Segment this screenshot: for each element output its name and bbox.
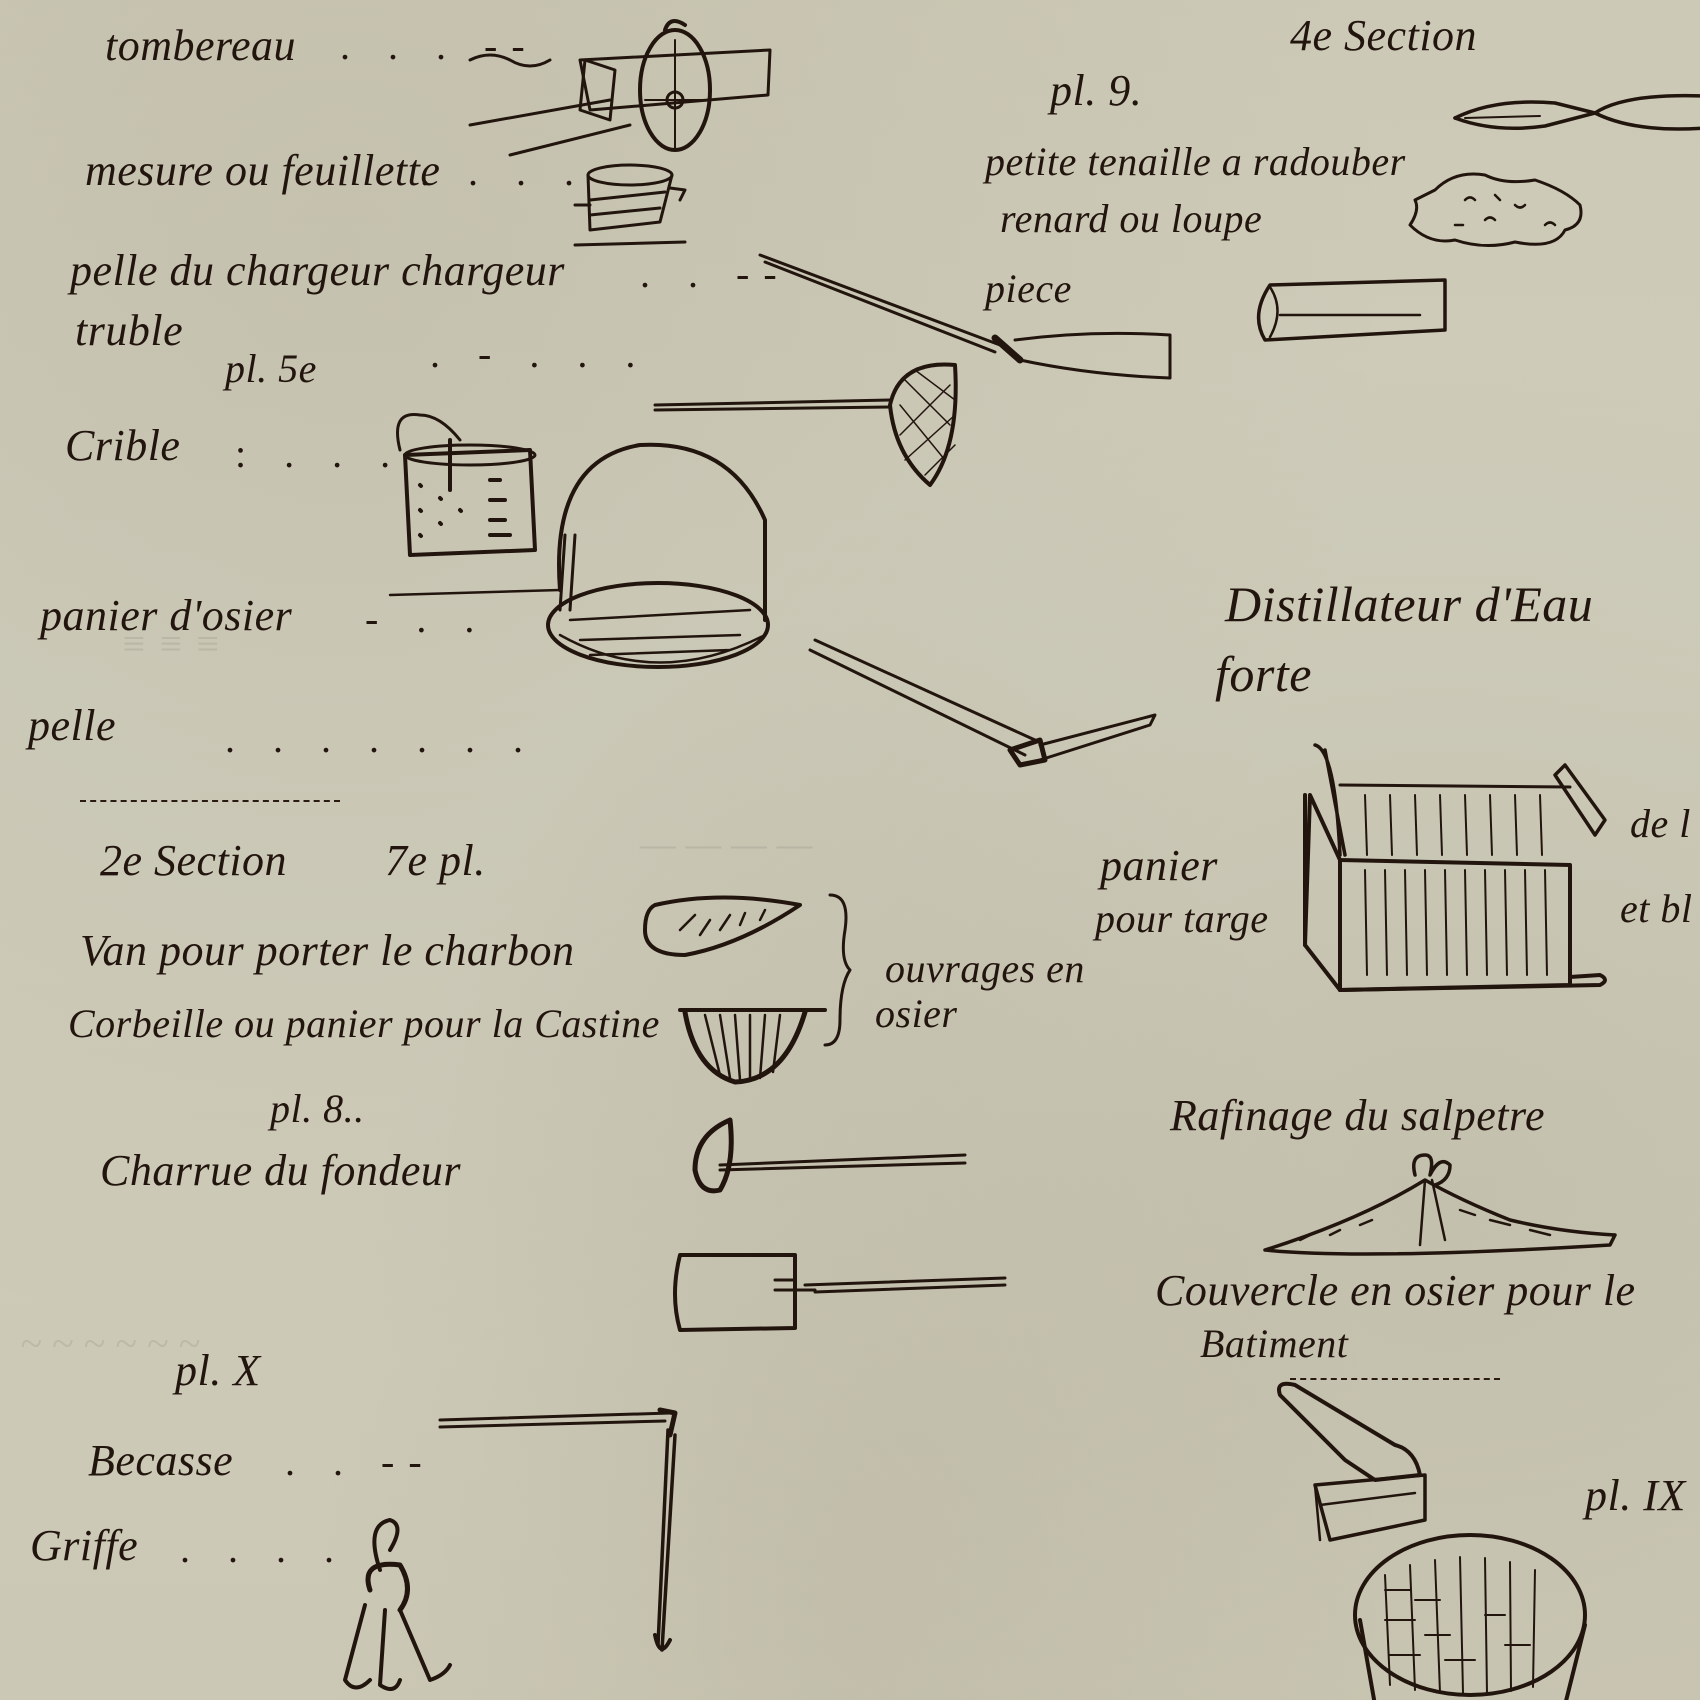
distillateur-heading-2: forte	[1215, 645, 1312, 703]
label-griffe: Griffe	[30, 1520, 138, 1571]
wicker-chest-sketch	[1295, 745, 1625, 1010]
tenaille-pincers-sketch	[1455, 88, 1700, 148]
manuscript-page: ≡ ≡ ≡ — — — — ~ ~ ~ ~ ~ ~ tombereau . . …	[0, 0, 1700, 1700]
pelle-shovel-sketch	[810, 640, 1170, 770]
section-2-heading: 2e Section	[100, 835, 287, 886]
brace-symbol	[820, 890, 860, 1050]
bleed-through-text: ~ ~ ~ ~ ~ ~	[20, 1320, 200, 1367]
label-pelle-du-chargeur: pelle du chargeur chargeur	[70, 245, 565, 296]
handled-basket-sketch	[540, 440, 780, 690]
label-pour-targe: pour targe	[1095, 895, 1269, 942]
section-4-heading: 4e Section	[1290, 10, 1477, 61]
becasse-crane-sketch	[430, 1405, 690, 1655]
leader-dots: . . . .	[420, 148, 588, 195]
tombereau-cart-sketch	[470, 15, 770, 145]
label-panier: panier	[1100, 840, 1218, 891]
section-divider	[80, 800, 340, 802]
label-panier-osier: panier d'osier	[40, 590, 292, 641]
conical-cover-sketch	[1260, 1150, 1620, 1260]
bowl-basket-sketch	[675, 1000, 825, 1090]
label-corbeille: Corbeille ou panier pour la Castine	[68, 1000, 660, 1047]
label-pelle: pelle	[28, 700, 116, 751]
loupe-mass-sketch	[1405, 170, 1590, 255]
leader-dots: - . .	[365, 595, 488, 642]
leader-dots: . . --	[285, 1438, 436, 1485]
label-couvercle: Couvercle en osier pour le	[1155, 1265, 1636, 1316]
plate-7: 7e pl.	[385, 835, 486, 886]
sieve-pot-sketch	[390, 410, 550, 570]
label-becasse: Becasse	[88, 1435, 233, 1486]
griffe-tongs-sketch	[330, 1520, 460, 1700]
right-edge-text: de l	[1630, 800, 1691, 847]
label-rafinage: Rafinage du salpetre	[1170, 1090, 1545, 1141]
leader-dots: : . . .	[235, 430, 404, 477]
label-crible: Crible	[65, 420, 180, 471]
brace-note: ouvrages en	[885, 945, 1085, 992]
label-van: Van pour porter le charbon	[80, 925, 575, 976]
leader-dots: . - . . .	[430, 330, 649, 377]
piece-bar-sketch	[1250, 275, 1455, 350]
label-truble: truble	[75, 305, 183, 356]
plate-9: pl. 9.	[1050, 65, 1142, 116]
label-renard: renard ou loupe	[1000, 195, 1262, 242]
ladle-sketch	[690, 1115, 970, 1205]
plate-5: pl. 5e	[225, 345, 317, 392]
leader-dots: . . . .	[180, 1525, 348, 1572]
plate-8: pl. 8..	[270, 1085, 365, 1132]
dumping-basket-sketch	[1275, 1375, 1605, 1700]
label-tombereau: tombereau	[105, 20, 296, 71]
measure-tub-sketch	[575, 160, 685, 250]
square-shovel-sketch	[665, 1250, 1015, 1335]
bleed-through-text: — — — —	[640, 820, 812, 867]
distillateur-heading: Distillateur d'Eau	[1225, 575, 1593, 633]
label-tenaille: petite tenaille a radouber	[985, 138, 1406, 185]
plate-10: pl. X	[175, 1345, 261, 1396]
fan-basket-sketch	[640, 895, 810, 965]
label-charrue: Charrue du fondeur	[100, 1145, 461, 1196]
right-edge-text: et bl	[1620, 885, 1692, 932]
brace-note: osier	[875, 990, 958, 1037]
label-mesure: mesure ou feuillette	[85, 145, 440, 196]
label-batiment: Batiment	[1200, 1320, 1348, 1367]
leader-dots: . . . . . . .	[225, 715, 537, 762]
